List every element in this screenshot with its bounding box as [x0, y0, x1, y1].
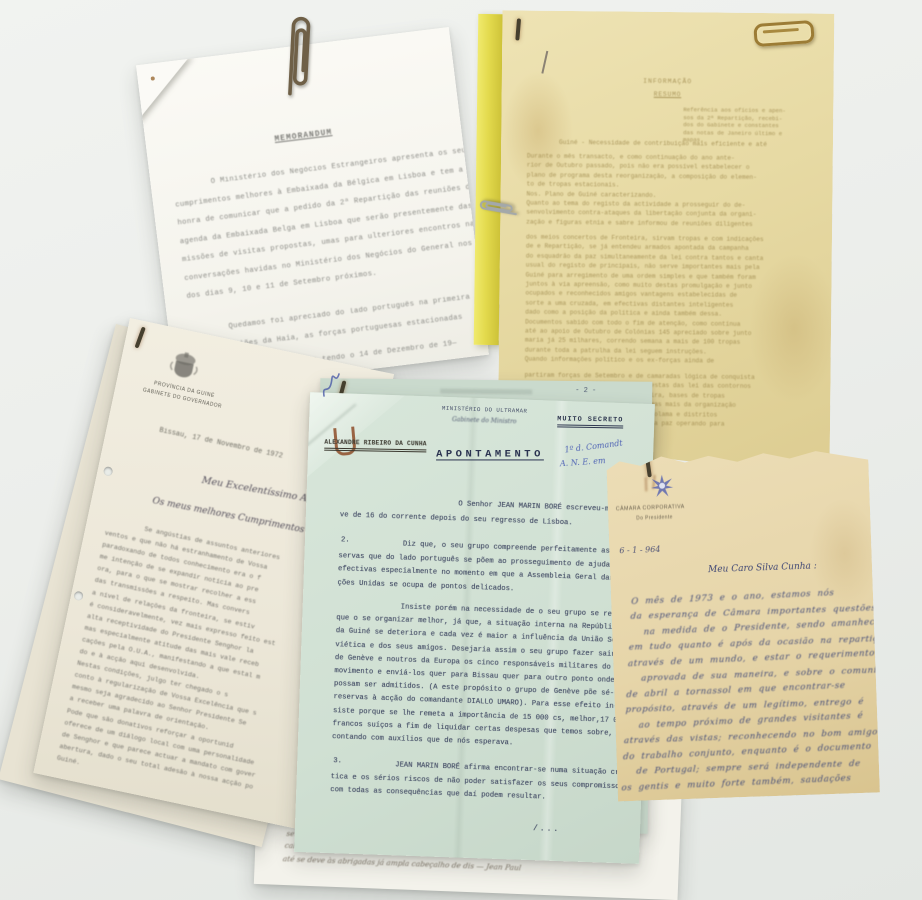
punch-hole — [73, 591, 84, 602]
dateline: Bissau, 17 de Novembro de 1972 — [158, 427, 283, 461]
handwritten-annotation-2: A. N. E. em — [560, 456, 606, 468]
paragraph-2: Diz que, o seu grupo compreende perfeita… — [337, 536, 631, 601]
carbon-subject-line: Guiné - Necessidade de contribuição mais… — [559, 139, 767, 148]
ministry-letterhead: MINISTÉRIO DO ULTRAMAR — [405, 403, 565, 416]
paperclip — [281, 8, 315, 100]
apontamento-document: MINISTÉRIO DO ULTRAMAR Gabinete do Minis… — [294, 392, 655, 864]
paragraph-4: JEAN MARIN BORÉ afirma encontrar-se numa… — [330, 757, 623, 808]
document-title: APONTAMENTO — [436, 448, 544, 460]
faint-text-bar — [440, 389, 532, 395]
ink-scribble — [320, 370, 342, 400]
pencil-mark — [541, 51, 548, 74]
page-number: - 2 - — [575, 387, 596, 395]
yellow-folder-strip — [474, 14, 504, 345]
photograph-of-archive-documents: MEMORANDUM O Ministério dos Negócios Est… — [0, 0, 922, 900]
ministry-office-line: Gabinete do Ministro — [419, 415, 549, 427]
handwritten-date: 6 - 1 - 964 — [619, 545, 660, 555]
letterhead-line-2: Do Presidente — [636, 514, 673, 521]
handwritten-salutation: Meu Caro Silva Cunha : — [708, 561, 817, 575]
name-stamp: ALEXANDRE RIBEIRO DA CUNHA — [324, 439, 427, 453]
folded-corner — [136, 55, 198, 122]
handwritten-body: O mês de 1973 e o ano, estamos nósda esp… — [621, 585, 873, 795]
paragraph-3: Insiste porém na necessidade de o seu gr… — [332, 599, 629, 754]
paragraph-1: O Senhor JEAN MARIN BORÉ escreveu-me de … — [340, 493, 633, 533]
rosette-emblem — [651, 474, 674, 497]
coat-of-arms-emblem — [166, 348, 202, 386]
staple — [515, 18, 521, 40]
continuation-mark: /... — [533, 824, 561, 834]
brass-flat-clip — [753, 20, 814, 47]
memo-paragraph-1: O Ministério dos Negócios Estrangeiros a… — [172, 144, 462, 306]
punch-hole — [103, 466, 114, 477]
brass-clip-bar — [763, 28, 799, 34]
carbon-text-block-2: dos meios concertos de Fronteira, sirvam… — [525, 233, 826, 368]
staple — [135, 327, 146, 349]
typed-line: Quando informações político e os ex-forç… — [525, 355, 825, 368]
classification-stamp: MUITO SECRETO — [557, 415, 623, 428]
carbon-text-block-1: Durante o mês transacto, e como continua… — [526, 152, 827, 230]
camara-letter: CÂMARA CORPORATIVA Do Presidente 6 - 1 -… — [606, 448, 880, 802]
letterhead-line-1: CÂMARA CORPORATIVA — [616, 504, 685, 512]
rust-streak — [645, 477, 647, 491]
handwritten-annotation-1: 1º d. Comandt — [564, 439, 623, 455]
typed-line: zação e figuras etnia e sabre informou d… — [526, 217, 826, 230]
